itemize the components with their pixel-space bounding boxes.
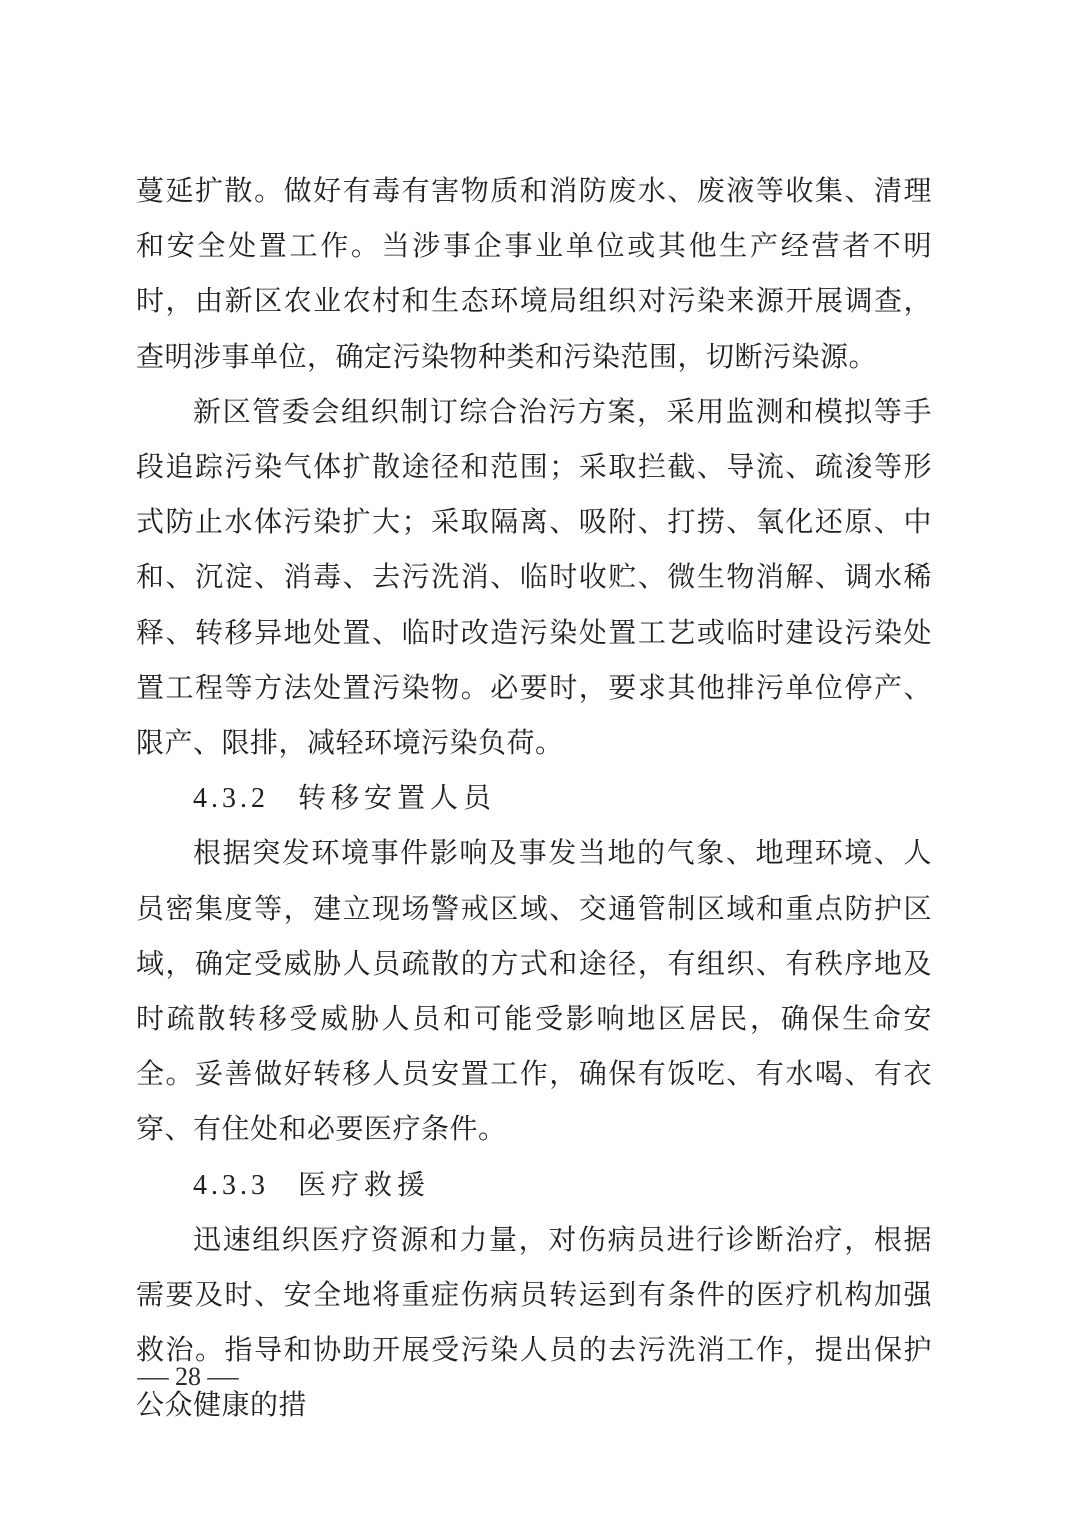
page-footer: — 28 — [140, 1360, 236, 1394]
footer-dash-right: — [207, 1360, 238, 1394]
page-number: 28 [175, 1360, 201, 1394]
section-heading-4-3-3: 4.3.3 医疗救援 [136, 1158, 932, 1213]
footer-dash-left: — [137, 1360, 168, 1394]
paragraph-evacuation: 根据突发环境事件影响及事发当地的气象、地理环境、人员密集度等，建立现场警戒区域、… [136, 826, 932, 1157]
section-number: 4.3.2 [193, 783, 269, 814]
section-title: 转移安置人员 [298, 783, 496, 814]
paragraph-medical-rescue: 迅速组织医疗资源和力量，对伤病员进行诊断治疗，根据需要及时、安全地将重症伤病员转… [136, 1213, 932, 1434]
paragraph-treatment-plan: 新区管委会组织制订综合治污方案，采用监测和模拟等手段追踪污染气体扩散途径和范围；… [136, 385, 932, 771]
document-body: 蔓延扩散。做好有毒有害物质和消防废水、废液等收集、清理和安全处置工作。当涉事企事… [136, 164, 932, 1434]
section-number: 4.3.3 [193, 1170, 269, 1201]
section-heading-4-3-2: 4.3.2 转移安置人员 [136, 771, 932, 826]
document-page: 蔓延扩散。做好有毒有害物质和消防废水、废液等收集、清理和安全处置工作。当涉事企事… [0, 0, 1074, 1520]
section-title: 医疗救援 [298, 1170, 430, 1201]
paragraph-pollution-source: 蔓延扩散。做好有毒有害物质和消防废水、废液等收集、清理和安全处置工作。当涉事企事… [136, 164, 932, 385]
